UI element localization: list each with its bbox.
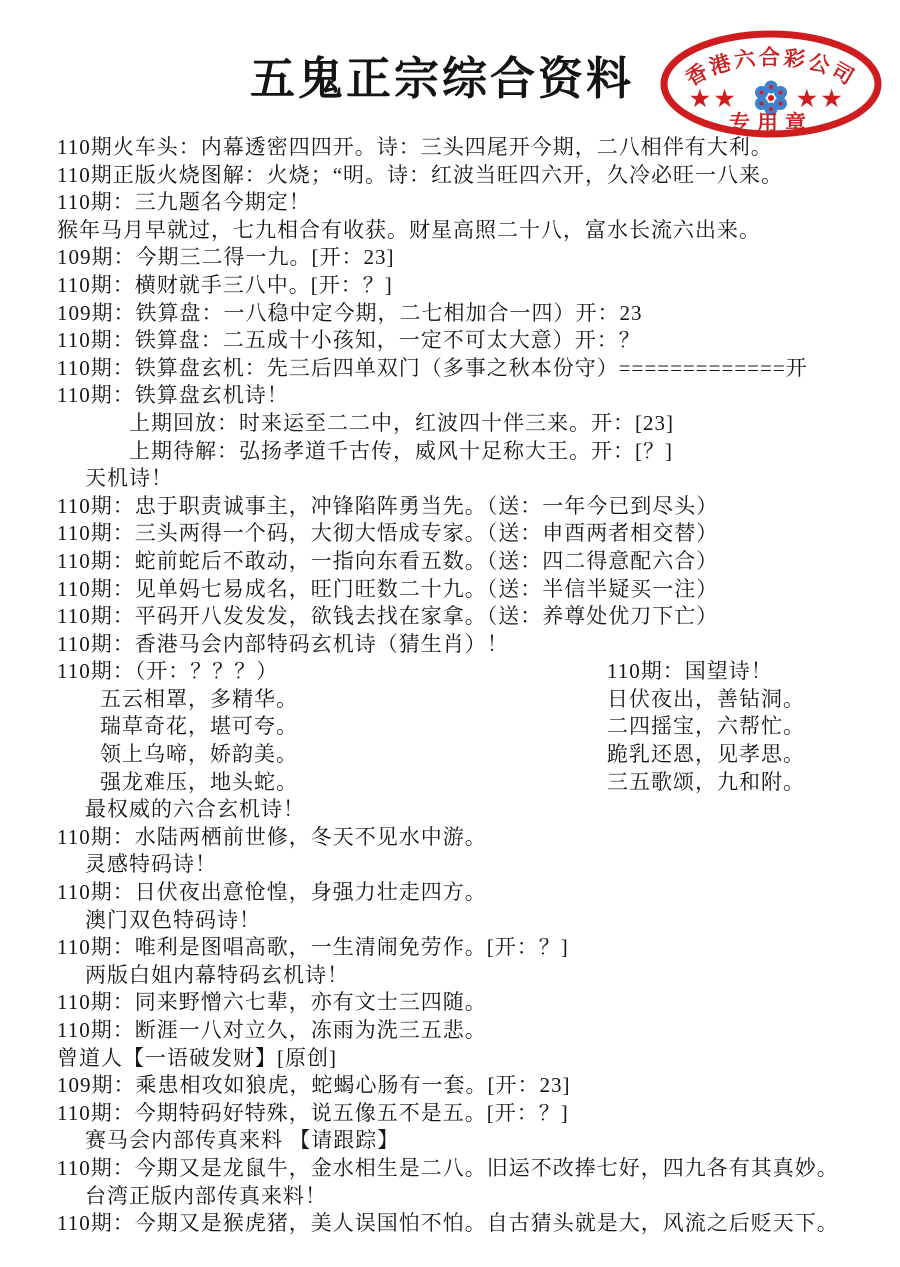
line-text: 110期：水陆两栖前世修，冬天不见水中游。 [57, 825, 487, 849]
text-line: 110期：忠于职责诚事主，冲锋陷阵勇当先。（送：一年今已到尽头） [0, 493, 900, 521]
line-text: 110期：铁算盘：二五成十小孩知，一定不可太大意）开：？ [57, 328, 641, 352]
text-line: 上期待解：弘扬孝道千古传，威风十足称大王。开：[？] [0, 438, 900, 466]
text-line: 瑞草奇花，堪可夸。二四摇宝，六帮忙。 [0, 713, 900, 741]
text-line: 110期：横财就手三八中。[开：？] [0, 272, 900, 300]
text-line: 110期：日伏夜出意怆惶，身强力壮走四方。 [0, 879, 900, 907]
line-text: 109期：铁算盘：一八稳中定今期，二七相加合一四）开：23 [57, 301, 643, 325]
text-line: 强龙难压，地头蛇。三五歌颂，九和附。 [0, 769, 900, 797]
line-text: 110期：今期又是猴虎猪，美人误国怕不怕。自古猜头就是大，风流之后贬天下。 [57, 1211, 839, 1235]
line-text: 最权威的六合玄机诗！ [85, 797, 305, 821]
line-text: 110期：蛇前蛇后不敢动，一指向东看五数。（送：四二得意配六合） [57, 549, 718, 573]
right-column-text: 跪乳还恩，见孝思。 [607, 741, 805, 769]
text-line: 109期：乘患相攻如狼虎，蛇蝎心肠有一套。[开：23] [0, 1072, 900, 1100]
text-line: 110期：今期特码好特殊，说五像五不是五。[开：？] [0, 1100, 900, 1128]
text-line: 最权威的六合玄机诗！ [0, 796, 900, 824]
line-text: 110期火车头：内幕透密四四开。诗：三头四尾开今期，二八相伴有大利。 [57, 135, 773, 159]
line-text: 强龙难压，地头蛇。 [100, 770, 298, 794]
line-text: 110期：横财就手三八中。[开：？] [57, 273, 393, 297]
stamp-stars-right: ★★ [797, 86, 846, 111]
text-line: 110期：三九题名今期定！ [0, 189, 900, 217]
text-line: 110期：蛇前蛇后不敢动，一指向东看五数。（送：四二得意配六合） [0, 548, 900, 576]
line-text: 天机诗！ [85, 466, 173, 490]
text-line: 两版白姐内幕特码玄机诗！ [0, 962, 900, 990]
line-text: 110期：铁算盘玄机诗！ [57, 383, 289, 407]
document-page: 五鬼正宗综合资料 香港六合彩公司 ★★ ★★ 专用章 110期火车头：内幕透密四… [0, 0, 900, 1267]
line-text: 澳门双色特码诗！ [85, 908, 261, 932]
text-line: 灵感特码诗！ [0, 851, 900, 879]
text-line: 110期：见单妈七易成名，旺门旺数二十九。（送：半信半疑买一注） [0, 576, 900, 604]
stamp-stars-left: ★★ [690, 86, 739, 111]
text-line: 110期：三头两得一个码，大彻大悟成专家。（送：申酉两者相交替） [0, 520, 900, 548]
line-text: 110期：三九题名今期定！ [57, 190, 311, 214]
text-line: 110期：铁算盘玄机：先三后四单双门（多事之秋本份守）=============… [0, 355, 900, 383]
line-text: 上期回放：时来运至二二中，红波四十伴三来。开：[23] [129, 411, 674, 435]
stamp-bottom-text: 专用章 [729, 111, 813, 135]
line-text: 110期：今期特码好特殊，说五像五不是五。[开：？] [57, 1101, 569, 1125]
line-text: 领上乌啼，娇韵美。 [100, 742, 298, 766]
text-line: 猴年马月早就过，七九相合有收获。财星高照二十八，富水长流六出来。 [0, 217, 900, 245]
text-line: 赛马会内部传真来料 【请跟踪】 [0, 1127, 900, 1155]
text-line: 110期：断涯一八对立久，冻雨为洗三五悲。 [0, 1017, 900, 1045]
line-text: 赛马会内部传真来料 【请跟踪】 [85, 1128, 399, 1152]
verse-lines: 110期火车头：内幕透密四四开。诗：三头四尾开今期，二八相伴有大利。110期正版… [0, 134, 900, 1238]
text-line: 110期：平码开八发发发，欲钱去找在家拿。（送：养尊处优刀下亡） [0, 603, 900, 631]
line-text: 109期：乘患相攻如狼虎，蛇蝎心肠有一套。[开：23] [57, 1073, 571, 1097]
text-line: 110期：同来野憎六七辈，亦有文士三四随。 [0, 989, 900, 1017]
line-text: 灵感特码诗！ [85, 852, 217, 876]
line-text: 110期：忠于职责诚事主，冲锋陷阵勇当先。（送：一年今已到尽头） [57, 494, 718, 518]
company-stamp: 香港六合彩公司 ★★ ★★ 专用章 [656, 28, 886, 140]
text-line: 110期：水陆两栖前世修，冬天不见水中游。 [0, 824, 900, 852]
text-line: 110期：今期又是龙鼠牛，金水相生是二八。旧运不改捧七好，四九各有其真妙。 [0, 1155, 900, 1183]
line-text: 110期：见单妈七易成名，旺门旺数二十九。（送：半信半疑买一注） [57, 577, 718, 601]
right-column-text: 110期：国望诗！ [607, 658, 773, 686]
right-column-text: 日伏夜出，善钻洞。 [607, 686, 805, 714]
text-line: 110期：唯利是图唱高歌，一生清闹免劳作。[开：？] [0, 934, 900, 962]
line-text: 猴年马月早就过，七九相合有收获。财星高照二十八，富水长流六出来。 [57, 218, 761, 242]
text-line: 曾道人【一语破发财】[原创] [0, 1045, 900, 1073]
line-text: 110期：同来野憎六七辈，亦有文士三四随。 [57, 990, 487, 1014]
text-line: 110期：铁算盘玄机诗！ [0, 382, 900, 410]
line-text: 曾道人【一语破发财】[原创] [57, 1046, 337, 1070]
line-text: 110期：铁算盘玄机：先三后四单双门（多事之秋本份守）=============… [57, 356, 808, 380]
line-text: 台湾正版内部传真来料！ [85, 1184, 327, 1208]
text-line: 上期回放：时来运至二二中，红波四十伴三来。开：[23] [0, 410, 900, 438]
line-text: 五云相罩，多精华。 [100, 687, 298, 711]
line-text: 瑞草奇花，堪可夸。 [100, 714, 298, 738]
line-text: 110期：日伏夜出意怆惶，身强力壮走四方。 [57, 880, 487, 904]
text-line: 110期正版火烧图解：火烧；“明。诗：红波当旺四六开，久冷必旺一八来。 [0, 162, 900, 190]
text-line: 领上乌啼，娇韵美。跪乳还恩，见孝思。 [0, 741, 900, 769]
text-line: 109期：铁算盘：一八稳中定今期，二七相加合一四）开：23 [0, 300, 900, 328]
line-text: 110期：三头两得一个码，大彻大悟成专家。（送：申酉两者相交替） [57, 521, 718, 545]
text-line: 110期：（开：？？？）110期：国望诗！ [0, 658, 900, 686]
line-text: 110期：（开：？？？） [57, 659, 278, 683]
line-text: 110期：唯利是图唱高歌，一生清闹免劳作。[开：？] [57, 935, 569, 959]
line-text: 110期：今期又是龙鼠牛，金水相生是二八。旧运不改捧七好，四九各有其真妙。 [57, 1156, 839, 1180]
page-title: 五鬼正宗综合资料 [250, 42, 634, 107]
right-column-text: 二四摇宝，六帮忙。 [607, 713, 805, 741]
line-text: 上期待解：弘扬孝道千古传，威风十足称大王。开：[？] [129, 439, 673, 463]
text-line: 五云相罩，多精华。日伏夜出，善钻洞。 [0, 686, 900, 714]
text-line: 110期：香港马会内部特码玄机诗（猜生肖）！ [0, 631, 900, 659]
line-text: 110期：香港马会内部特码玄机诗（猜生肖）！ [57, 632, 509, 656]
text-line: 110期：今期又是猴虎猪，美人误国怕不怕。自古猜头就是大，风流之后贬天下。 [0, 1210, 900, 1238]
text-line: 110期火车头：内幕透密四四开。诗：三头四尾开今期，二八相伴有大利。 [0, 134, 900, 162]
text-line: 天机诗！ [0, 465, 900, 493]
text-line: 109期：今期三二得一九。[开：23] [0, 244, 900, 272]
text-line: 110期：铁算盘：二五成十小孩知，一定不可太大意）开：？ [0, 327, 900, 355]
line-text: 两版白姐内幕特码玄机诗！ [85, 963, 349, 987]
line-text: 110期正版火烧图解：火烧；“明。诗：红波当旺四六开，久冷必旺一八来。 [57, 163, 783, 187]
line-text: 109期：今期三二得一九。[开：23] [57, 245, 395, 269]
text-line: 台湾正版内部传真来料！ [0, 1183, 900, 1211]
right-column-text: 三五歌颂，九和附。 [607, 769, 805, 797]
line-text: 110期：断涯一八对立久，冻雨为洗三五悲。 [57, 1018, 487, 1042]
text-line: 澳门双色特码诗！ [0, 907, 900, 935]
line-text: 110期：平码开八发发发，欲钱去找在家拿。（送：养尊处优刀下亡） [57, 604, 718, 628]
